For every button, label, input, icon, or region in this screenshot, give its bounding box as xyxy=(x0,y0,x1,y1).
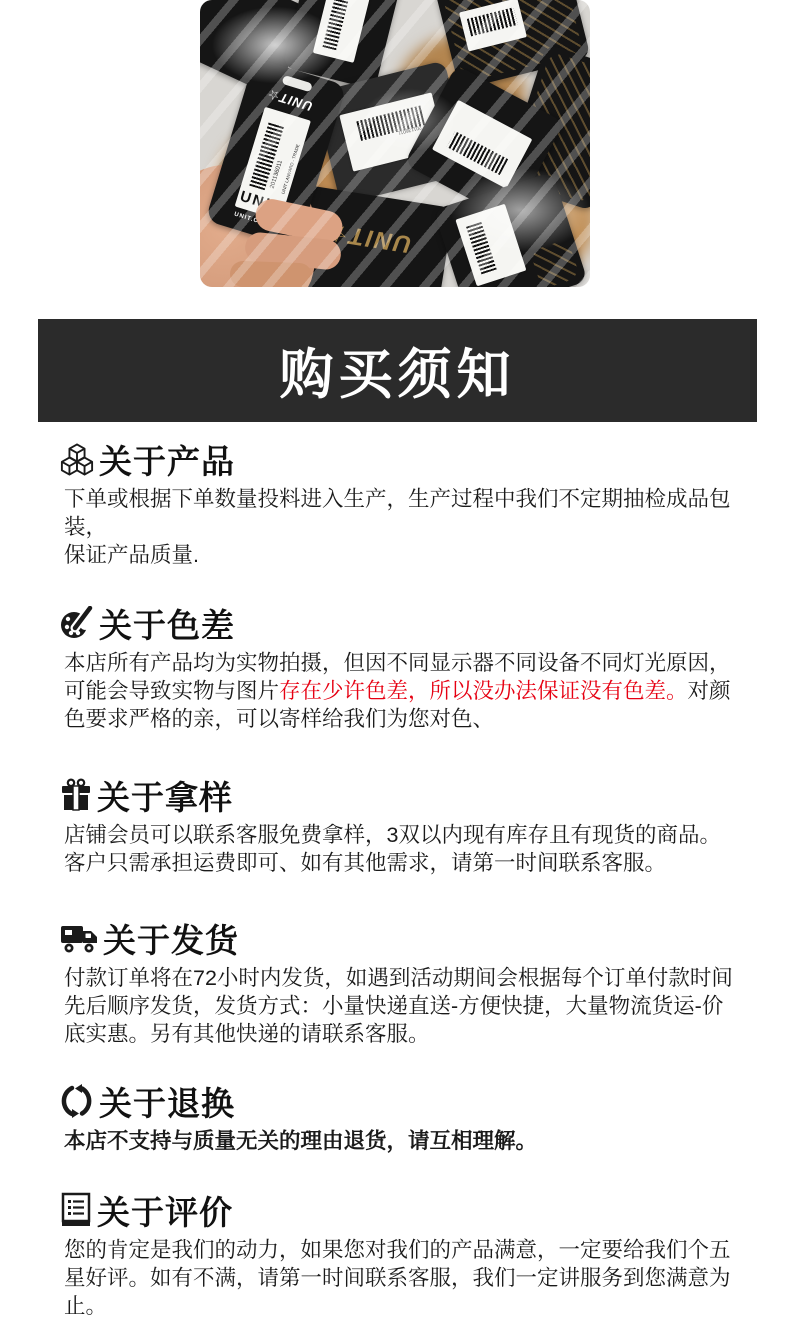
section-heading: 关于产品 xyxy=(60,438,762,480)
cubes-icon xyxy=(60,443,94,476)
banner-title: 购买须知 xyxy=(280,332,516,409)
section-about-reviews: 关于评价 您的肯定是我们的动力，如果您对我们的产品满意，一定要给我们个五 星好评… xyxy=(60,1189,762,1318)
refresh-icon xyxy=(60,1084,94,1118)
section-about-samples: 关于拿样 店铺会员可以联系客服免费拿样，3双以内现有库存且有现货的商品。 客户只… xyxy=(60,774,762,877)
section-heading: 关于色差 xyxy=(60,602,762,644)
product-detail-page: 201136011 UNIT☆ UNIT☆ UNIT 2011360 xyxy=(0,0,790,1318)
section-heading: 关于退换 xyxy=(60,1080,762,1122)
section-heading: 关于评价 xyxy=(60,1189,762,1231)
section-about-color: 关于色差 本店所有产品均为实物拍摄，但因不同显示器不同设备不同灯光原因， 可能会… xyxy=(60,602,762,733)
section-about-product: 关于产品 下单或根据下单数量投料进入生产，生产过程中我们不定期抽检成品包装， 保… xyxy=(60,438,762,569)
barcode xyxy=(249,123,284,191)
section-body: 店铺会员可以联系客服免费拿样，3双以内现有库存且有现货的商品。 客户只需承担运费… xyxy=(64,821,764,877)
section-title: 关于色差 xyxy=(99,600,235,647)
tag-product-line: UNIT LANYARD - TRADE xyxy=(280,144,301,195)
section-heading: 关于拿样 xyxy=(60,774,762,816)
section-title: 关于评价 xyxy=(97,1187,233,1234)
section-body: 付款订单将在72小时内发货，如遇到活动期间会根据每个订单付款时间 先后顺序发货，… xyxy=(64,964,764,1048)
body-text: 您的肯定是我们的动力，如果您对我们的产品满意，一定要给我们个五 星好评。如有不满… xyxy=(64,1238,731,1318)
section-title: 关于退换 xyxy=(99,1078,235,1125)
section-heading: 关于发货 xyxy=(60,917,762,959)
body-text: 下单或根据下单数量投料进入生产，生产过程中我们不定期抽检成品包装， 保证产品质量… xyxy=(64,487,731,567)
section-body: 本店不支持与质量无关的理由退货，请互相理解。 xyxy=(64,1127,764,1155)
section-title: 关于发货 xyxy=(103,915,239,962)
highlighted-text: 存在少许色差，所以没办法保证没有色差。 xyxy=(279,679,688,703)
section-about-shipping: 关于发货 付款订单将在72小时内发货，如遇到活动期间会根据每个订单付款时间 先后… xyxy=(60,917,762,1048)
finger xyxy=(230,261,313,287)
section-about-returns: 关于退换 本店不支持与质量无关的理由退货，请互相理解。 xyxy=(60,1080,762,1155)
section-title: 关于产品 xyxy=(99,436,235,483)
purchase-notice-banner: 购买须知 xyxy=(38,319,757,422)
product-photo: 201136011 UNIT☆ UNIT☆ UNIT 2011360 xyxy=(200,0,590,287)
body-text: 店铺会员可以联系客服免费拿样，3双以内现有库存且有现货的商品。 客户只需承担运费… xyxy=(64,823,721,875)
list-icon xyxy=(60,1192,92,1228)
body-text: 付款订单将在72小时内发货，如遇到活动期间会根据每个订单付款时间 先后顺序发货，… xyxy=(64,966,733,1046)
body-text: 本店不支持与质量无关的理由退货，请互相理解。 xyxy=(64,1129,537,1153)
truck-icon xyxy=(60,922,98,955)
section-title: 关于拿样 xyxy=(97,772,233,819)
palette-icon xyxy=(60,606,94,640)
section-body: 本店所有产品均为实物拍摄，但因不同显示器不同设备不同灯光原因， 可能会导致实物与… xyxy=(64,649,764,733)
section-body: 下单或根据下单数量投料进入生产，生产过程中我们不定期抽检成品包装， 保证产品质量… xyxy=(64,485,764,569)
section-body: 您的肯定是我们的动力，如果您对我们的产品满意，一定要给我们个五 星好评。如有不满… xyxy=(64,1236,764,1318)
gift-icon xyxy=(60,778,92,812)
